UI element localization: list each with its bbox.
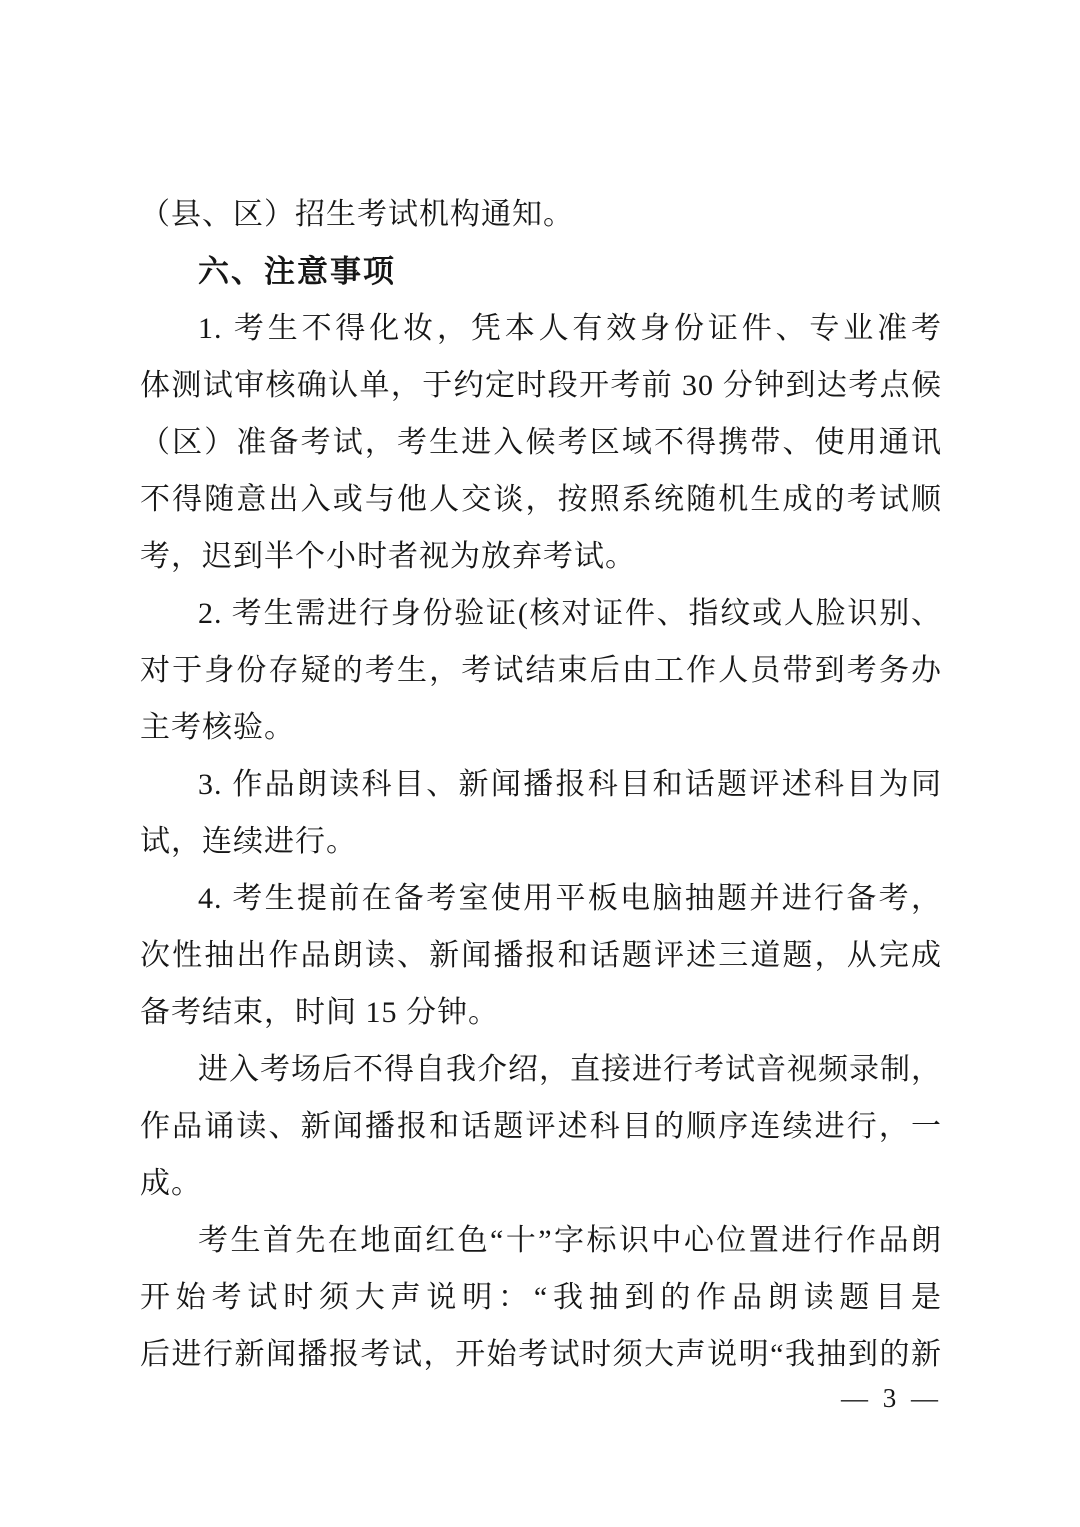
text-line: 进入考场后不得自我介绍，直接进行考试音视频录制，按照	[140, 1041, 942, 1098]
text-line: 主考核验。	[140, 699, 942, 756]
text-line: 后进行新闻播报考试，开始考试时须大声说明“我抽到的新闻播	[140, 1326, 942, 1383]
text-line: 不得随意出入或与他人交谈，按照系统随机生成的考试顺序候	[140, 471, 942, 528]
text-line: 作品诵读、新闻播报和话题评述科目的顺序连续进行，一次性完	[140, 1098, 942, 1155]
text-line: 对于身份存疑的考生，考试结束后由工作人员带到考务办公室由	[140, 642, 942, 699]
text-line: 体测试审核确认单，于约定时段开考前 30 分钟到达考点候考室	[140, 357, 942, 414]
text-line: 4. 考生提前在备考室使用平板电脑抽题并进行备考，考生一	[140, 870, 942, 927]
text-line: （县、区）招生考试机构通知。	[140, 186, 942, 243]
text-line: 试，连续进行。	[140, 813, 942, 870]
page-number: — 3 —	[841, 1378, 942, 1418]
text-line: 1. 考生不得化妆，凭本人有效身份证件、专业准考证、个	[140, 300, 942, 357]
text-line: 开始考试时须大声说明：“我抽到的作品朗读题目是 XXX”；然	[140, 1269, 942, 1326]
text-line: 成。	[140, 1155, 942, 1212]
text-line: 3. 作品朗读科目、新闻播报科目和话题评述科目为同场考	[140, 756, 942, 813]
text-line: 考，迟到半个小时者视为放弃考试。	[140, 528, 942, 585]
text-line: 备考结束，时间 15 分钟。	[140, 984, 942, 1041]
text-line: 考生首先在地面红色“十”字标识中心位置进行作品朗读，	[140, 1212, 942, 1269]
document-page: （县、区）招生考试机构通知。 六、注意事项 1. 考生不得化妆，凭本人有效身份证…	[0, 0, 1080, 1527]
text-line: （区）准备考试，考生进入候考区域不得携带、使用通讯工具，	[140, 414, 942, 471]
text-line: 2. 考生需进行身份验证(核对证件、指纹或人脸识别、拍照)。	[140, 585, 942, 642]
section-heading: 六、注意事项	[140, 243, 942, 300]
text-line: 次性抽出作品朗读、新闻播报和话题评述三道题，从完成抽题到	[140, 927, 942, 984]
document-body: （县、区）招生考试机构通知。 六、注意事项 1. 考生不得化妆，凭本人有效身份证…	[140, 186, 942, 1383]
